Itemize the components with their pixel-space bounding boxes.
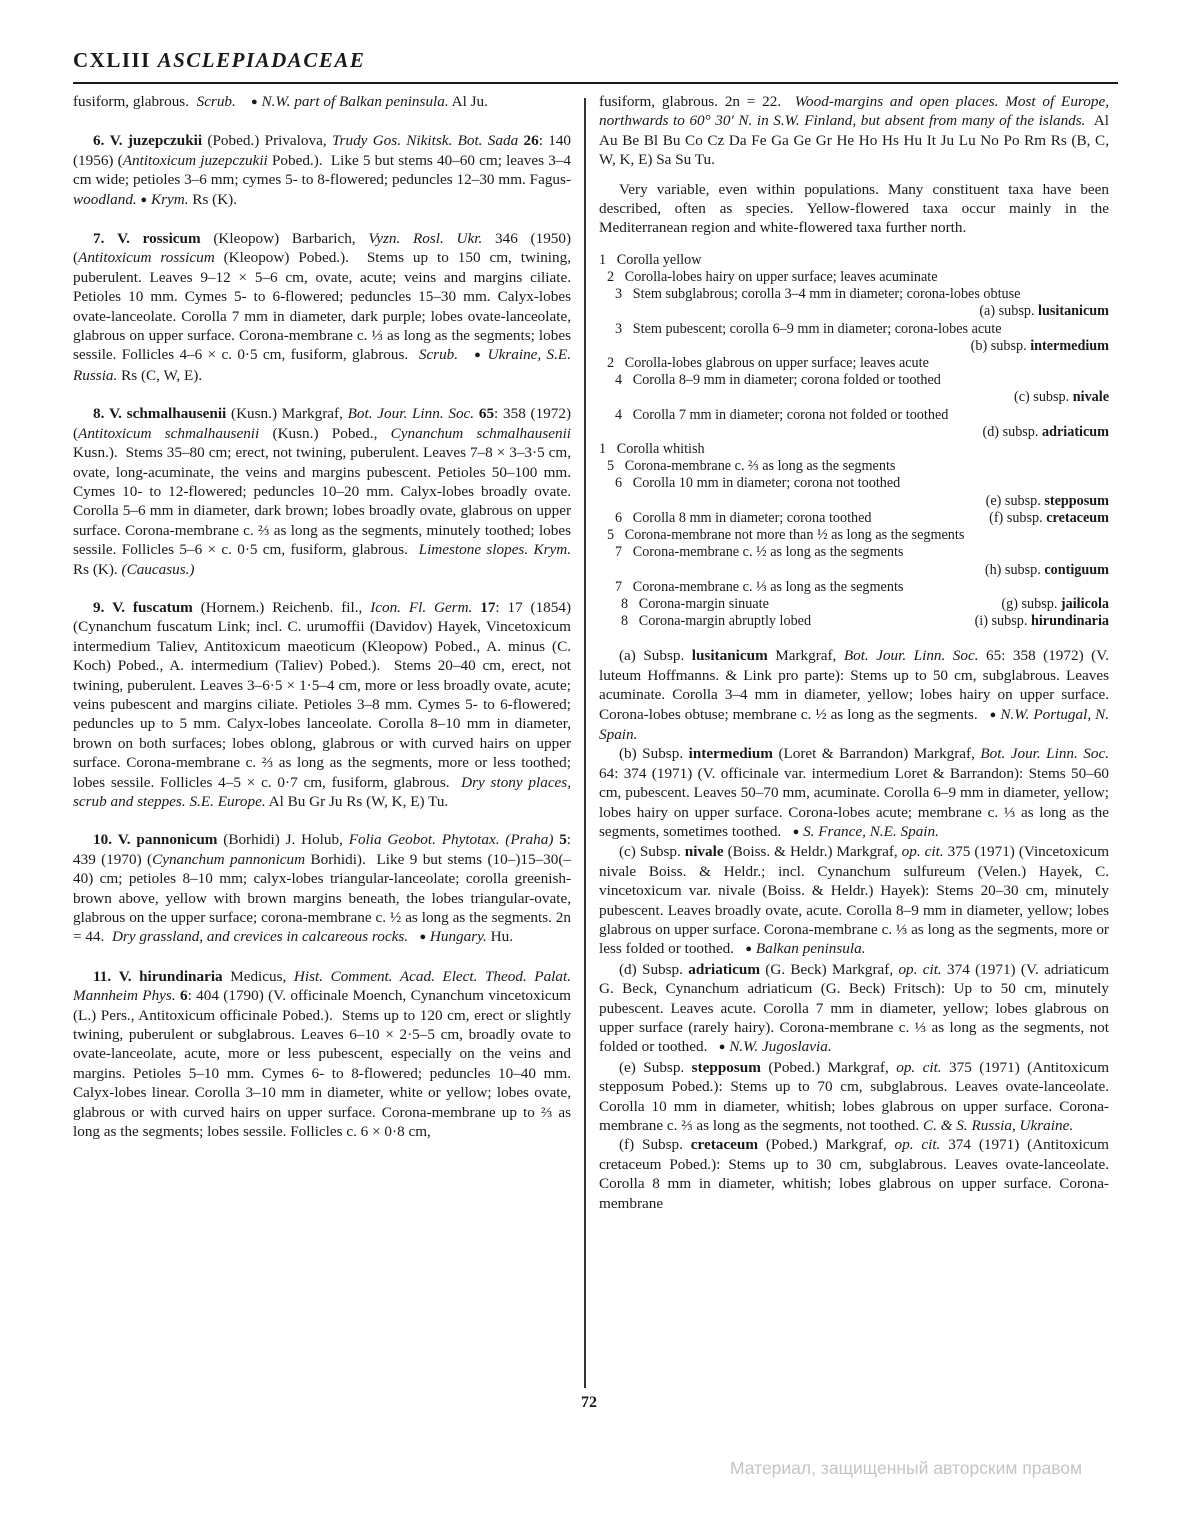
key-couplet: 8 Corona-margin sinuate (g) subsp. jaili… [599, 596, 1109, 613]
subspecies-name: lusitanicum [692, 647, 768, 664]
subspecies-name: adriaticum [688, 961, 760, 978]
subspecies-entry: (a) Subsp. lusitanicum Markgraf, Bot. Jo… [599, 646, 1109, 744]
species-name: V. juzepczukii [110, 132, 202, 149]
variability-note: Very variable, even within populations. … [599, 180, 1109, 238]
endemic-dot-icon: ● [141, 194, 148, 206]
species-entry: 7. V. rossicum (Kleopow) Barbarich, Vyzn… [73, 229, 571, 385]
key-couplet: 7 Corona-membrane c. ½ as long as the se… [599, 544, 1109, 578]
copyright-watermark: Материал, защищенный авторским правом [730, 1458, 1082, 1479]
key-couplet: 4 Corolla 8–9 mm in diameter; corona fol… [599, 372, 1109, 406]
continuation-paragraph: fusiform, glabrous. 2n = 22. Wood-margin… [599, 92, 1109, 170]
species-entry: 8. V. schmalhausenii (Kusn.) Markgraf, B… [73, 404, 571, 579]
subspecies-name: intermedium [689, 745, 773, 762]
subspecies-name: cretaceum [691, 1136, 758, 1153]
endemic-dot-icon: ● [793, 826, 800, 838]
species-entry: 6. V. juzepczukii (Pobed.) Privalova, Tr… [73, 131, 571, 210]
endemic-dot-icon: ● [719, 1041, 726, 1053]
key-couplet: 6 Corolla 10 mm in diameter; corona not … [599, 475, 1109, 509]
key-couplet: 2 Corolla-lobes glabrous on upper surfac… [599, 355, 1109, 372]
endemic-dot-icon: ● [990, 709, 997, 721]
species-name: V. schmalhausenii [109, 405, 226, 422]
species-name: V. rossicum [117, 230, 200, 247]
species-name: V. fuscatum [112, 599, 193, 616]
subspecies-entry: (d) Subsp. adriaticum (G. Beck) Markgraf… [599, 960, 1109, 1058]
species-entry: 11. V. hirundinaria Medicus, Hist. Comme… [73, 967, 571, 1142]
right-column: fusiform, glabrous. 2n = 22. Wood-margin… [599, 92, 1109, 1213]
key-couplet: 1 Corolla whitish [599, 441, 1109, 458]
key-result-name: contiguum [1044, 562, 1109, 578]
subspecies-name: nivale [685, 843, 724, 860]
page-header: CXLIII ASCLEPIADACEAE [73, 48, 1113, 73]
page-number: 72 [581, 1394, 597, 1412]
endemic-dot-icon: ● [419, 931, 426, 943]
species-name: V. pannonicum [118, 831, 218, 848]
key-couplet: 2 Corolla-lobes hairy on upper surface; … [599, 269, 1109, 286]
subspecies-name: stepposum [692, 1059, 761, 1076]
subspecies-entry: (b) Subsp. intermedium (Loret & Barrando… [599, 744, 1109, 842]
key-result-name: stepposum [1044, 493, 1109, 509]
subspecies-entry: (c) Subsp. nivale (Boiss. & Heldr.) Mark… [599, 842, 1109, 959]
key-couplet: 5 Corona-membrane c. ⅔ as long as the se… [599, 458, 1109, 475]
key-couplet: 3 Stem pubescent; corolla 6–9 mm in diam… [599, 321, 1109, 355]
endemic-dot-icon: ● [251, 96, 258, 108]
species-name: V. hirundinaria [119, 968, 223, 985]
family-name: ASCLEPIADACEAE [158, 48, 366, 72]
key-result-name: adriaticum [1042, 424, 1109, 440]
chapter-number: CXLIII [73, 48, 151, 72]
left-column: fusiform, glabrous. Scrub. ● N.W. part o… [73, 92, 571, 1142]
column-divider [584, 98, 586, 1388]
subspecies-entry: (f) Subsp. cretaceum (Pobed.) Markgraf, … [599, 1135, 1109, 1213]
key-couplet: 7 Corona-membrane c. ⅓ as long as the se… [599, 579, 1109, 596]
key-couplet: 8 Corona-margin abruptly lobed (i) subsp… [599, 613, 1109, 630]
endemic-dot-icon: ● [474, 349, 482, 361]
key-result-name: intermedium [1030, 338, 1109, 354]
header-rule [73, 82, 1118, 84]
key-couplet: 6 Corolla 8 mm in diameter; corona tooth… [599, 510, 1109, 527]
key-result-name: hirundinaria [1031, 613, 1109, 629]
key-result-name: nivale [1073, 389, 1109, 405]
subspecies-entry: (e) Subsp. stepposum (Pobed.) Markgraf, … [599, 1058, 1109, 1136]
species-entry: 10. V. pannonicum (Borhidi) J. Holub, Fo… [73, 830, 571, 947]
key-couplet: 3 Stem subglabrous; corolla 3–4 mm in di… [599, 286, 1109, 320]
key-result-name: lusitanicum [1038, 303, 1109, 319]
continuation-paragraph: fusiform, glabrous. Scrub. ● N.W. part o… [73, 92, 571, 112]
key-couplet: 4 Corolla 7 mm in diameter; corona not f… [599, 407, 1109, 441]
key-result-name: jailicola [1061, 596, 1109, 612]
subspecies-key: 1 Corolla yellow 2 Corolla-lobes hairy o… [599, 252, 1109, 630]
key-couplet: 5 Corona-membrane not more than ½ as lon… [599, 527, 1109, 544]
key-couplet: 1 Corolla yellow [599, 252, 1109, 269]
species-entry: 9. V. fuscatum (Hornem.) Reichenb. fil.,… [73, 598, 571, 811]
key-result-name: cretaceum [1046, 510, 1109, 526]
endemic-dot-icon: ● [745, 943, 752, 955]
